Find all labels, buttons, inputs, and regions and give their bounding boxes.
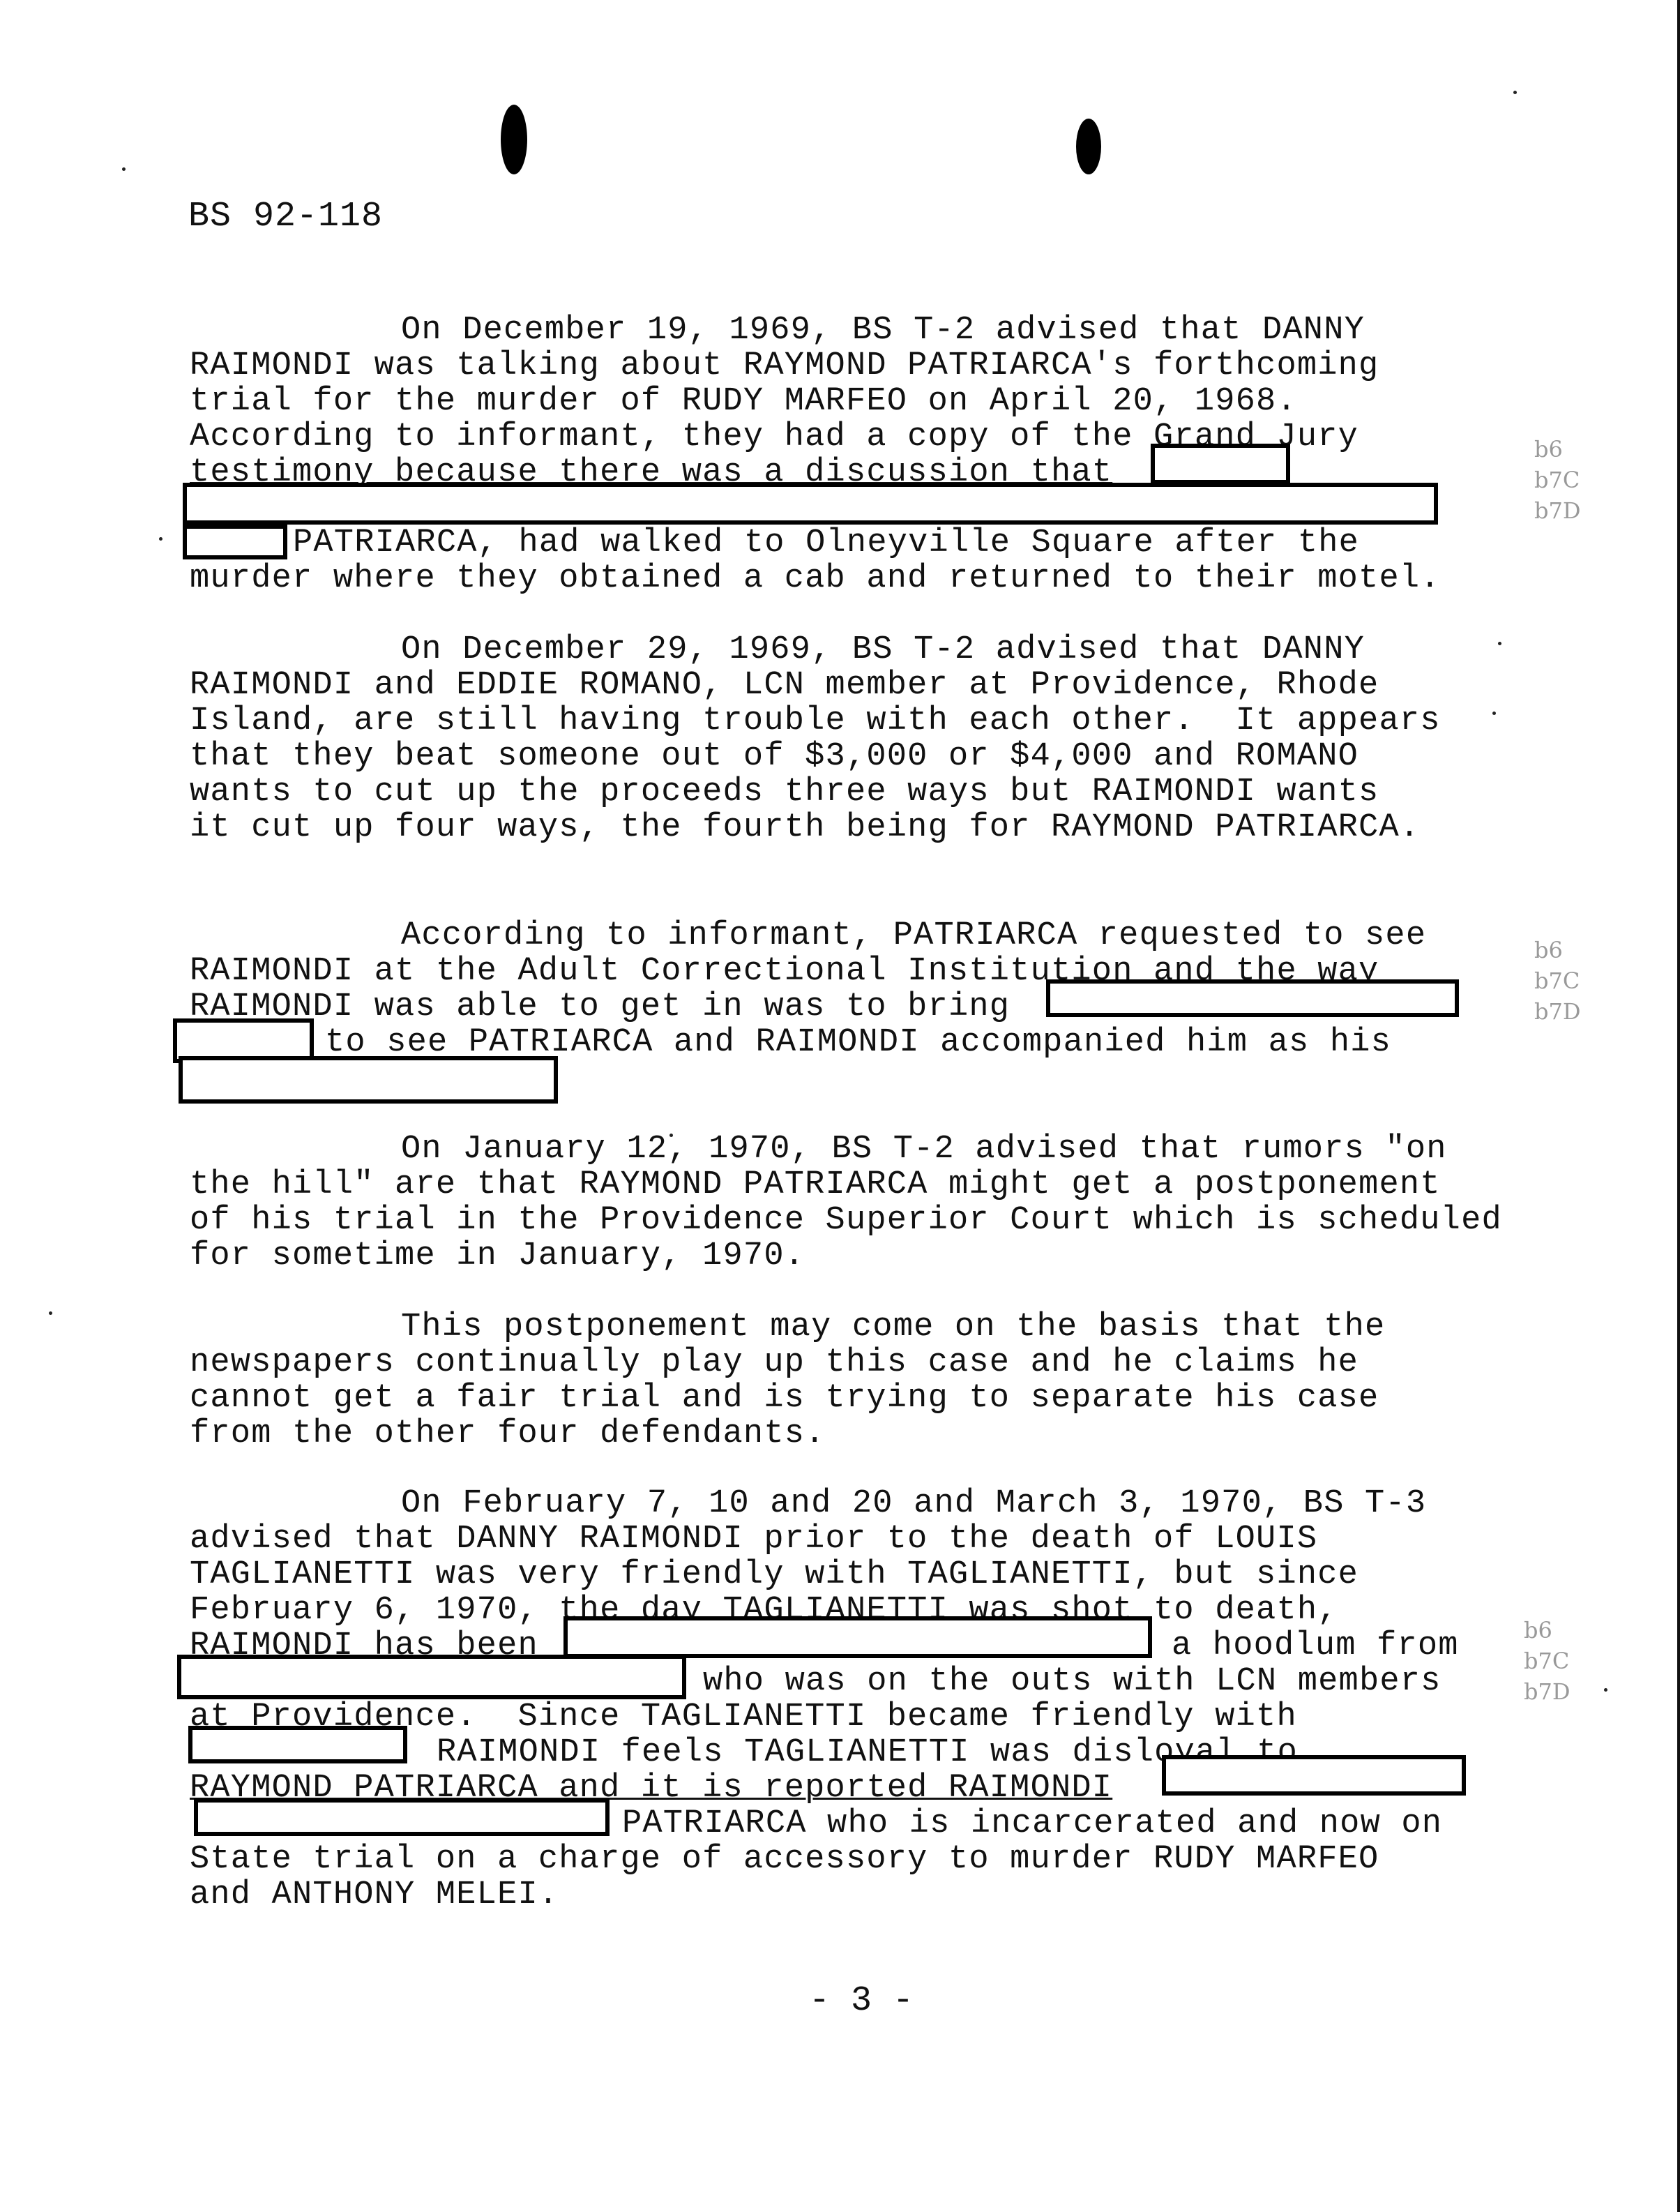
text-line: who was on the outs with LCN members: [703, 1664, 1441, 1699]
text-line: cannot get a fair trial and is trying to…: [190, 1380, 1379, 1416]
scan-speck: [122, 167, 126, 171]
text-line: the hill" are that RAYMOND PATRIARCA mig…: [190, 1167, 1441, 1203]
text-line: it cut up four ways, the fourth being fo…: [190, 810, 1420, 845]
exemption-markers: b6 b7C b7D: [1534, 935, 1581, 1027]
redaction-box: [183, 525, 287, 559]
redaction-box: [194, 1798, 610, 1836]
text-line: newspapers continually play up this case…: [190, 1345, 1359, 1380]
text-line: According to informant, PATRIARCA reques…: [401, 918, 1426, 954]
redaction-box: [1162, 1755, 1466, 1796]
punch-hole-left: [501, 105, 527, 174]
scan-speck: [159, 537, 162, 541]
exemption-markers: b6 b7C b7D: [1534, 434, 1581, 526]
text-line: to see PATRIARCA and RAIMONDI accompanie…: [325, 1025, 1391, 1060]
text-line: that they beat someone out of $3,000 or …: [190, 739, 1359, 774]
text-line: for sometime in January, 1970.: [190, 1238, 805, 1274]
redaction-box: [1151, 444, 1290, 484]
punch-hole-right: [1076, 119, 1101, 174]
text-line: On December 29, 1969, BS T-2 advised tha…: [401, 632, 1365, 668]
text-line: TAGLIANETTI was very friendly with TAGLI…: [190, 1557, 1359, 1593]
text-line: murder where they obtained a cab and ret…: [190, 561, 1441, 596]
text-line: State trial on a charge of accessory to …: [190, 1842, 1379, 1877]
redaction-box: [183, 483, 1438, 525]
file-number: BS 92-118: [188, 197, 383, 236]
text-line: a hoodlum from: [1172, 1628, 1459, 1664]
text-line: On January 12, 1970, BS T-2 advised that…: [401, 1131, 1447, 1167]
scan-speck: [49, 1311, 52, 1315]
redaction-box: [177, 1655, 686, 1699]
text-line: and ANTHONY MELEI.: [190, 1877, 559, 1913]
text-line: from the other four defendants.: [190, 1416, 826, 1452]
text-line: RAIMONDI and EDDIE ROMANO, LCN member at…: [190, 668, 1379, 703]
exemption-markers: b6 b7C b7D: [1524, 1615, 1571, 1707]
text-line: PATRIARCA who is incarcerated and now on: [622, 1806, 1442, 1842]
scan-speck: [1604, 1688, 1607, 1692]
document-page: BS 92-118 On December 19, 1969, BS T-2 a…: [0, 0, 1680, 2212]
text-line: PATRIARCA, had walked to Olneyville Squa…: [293, 525, 1359, 561]
text-line: This postponement may come on the basis …: [401, 1309, 1385, 1345]
text-line: wants to cut up the proceeds three ways …: [190, 774, 1379, 810]
text-line: of his trial in the Providence Superior …: [190, 1203, 1502, 1238]
redaction-box: [188, 1726, 407, 1763]
text-line: On February 7, 10 and 20 and March 3, 19…: [401, 1486, 1426, 1521]
exemption-code: b7C: [1534, 965, 1581, 996]
exemption-code: b7D: [1524, 1676, 1571, 1707]
scan-speck: [1513, 91, 1517, 94]
scan-speck: [1498, 642, 1501, 645]
exemption-code: b7D: [1534, 495, 1581, 526]
text-line: RAIMONDI was talking about RAYMOND PATRI…: [190, 348, 1379, 384]
exemption-code: b7D: [1534, 996, 1581, 1027]
scan-speck: [669, 1134, 673, 1137]
exemption-code: b6: [1534, 434, 1581, 465]
exemption-code: b7C: [1524, 1646, 1571, 1676]
exemption-code: b7C: [1534, 465, 1581, 495]
redaction-box: [563, 1616, 1152, 1658]
text-line: Island, are still having trouble with ea…: [190, 703, 1441, 739]
redaction-box: [1046, 979, 1459, 1017]
text-line: advised that DANNY RAIMONDI prior to the…: [190, 1521, 1317, 1557]
scan-speck: [1492, 712, 1496, 715]
exemption-code: b6: [1524, 1615, 1571, 1646]
exemption-code: b6: [1534, 935, 1581, 965]
text-line: trial for the murder of RUDY MARFEO on A…: [190, 384, 1297, 419]
text-line: On December 19, 1969, BS T-2 advised tha…: [401, 313, 1365, 348]
redaction-box: [179, 1056, 558, 1104]
page-number: - 3 -: [809, 1981, 914, 2021]
